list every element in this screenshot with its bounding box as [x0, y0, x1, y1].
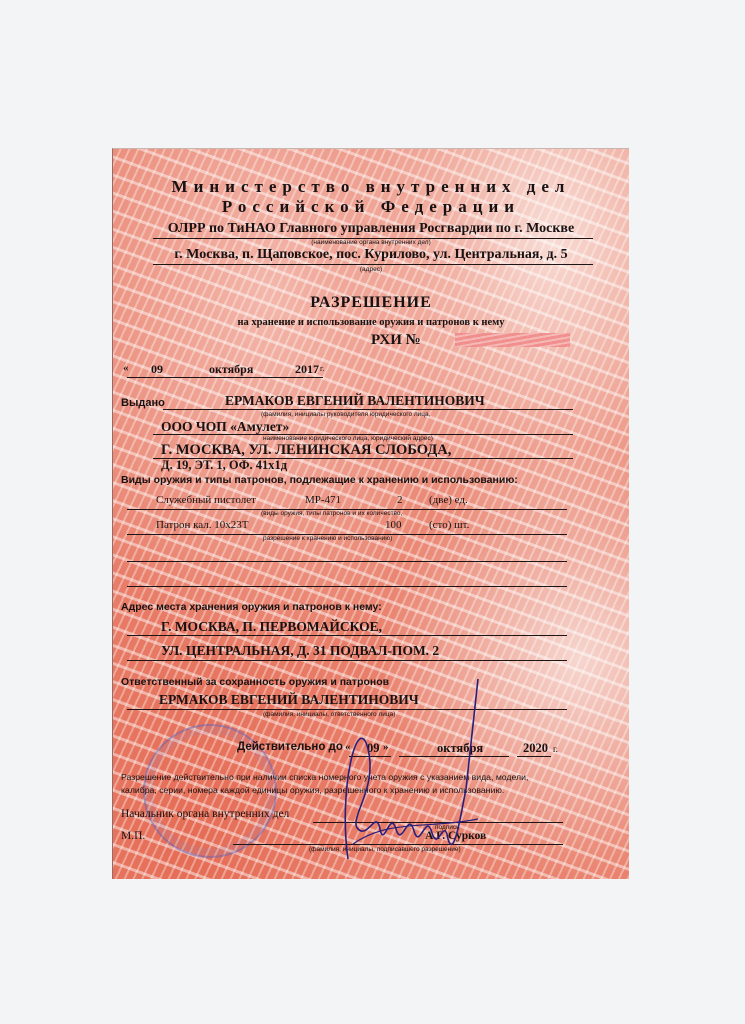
- permit-document: Министерство внутренних дел Российской Ф…: [112, 148, 629, 879]
- issue-date-month: октября: [209, 362, 253, 377]
- document-subtitle: на хранение и использование оружия и пат…: [113, 317, 629, 328]
- weapon-qty: 100: [385, 519, 402, 531]
- holder-name: ЕРМАКОВ ЕВГЕНИЙ ВАЛЕНТИНОВИЧ: [225, 393, 485, 409]
- stamp-label: М.П.: [121, 830, 145, 842]
- document-title: РАЗРЕШЕНИЕ: [113, 294, 629, 312]
- divider: [127, 377, 323, 378]
- divider: [163, 409, 573, 410]
- weapons-caption-1: (виды оружия, типы патронов и их количес…: [261, 510, 402, 517]
- issuing-body-caption: (наименование органа внутренних дел): [113, 239, 629, 246]
- weapon-qty: 2: [397, 494, 403, 506]
- storage-address-line-2: УЛ. ЦЕНТРАЛЬНАЯ, Д. 31 ПОДВАЛ-ПОМ. 2: [161, 643, 439, 659]
- issued-to-label: Выдано: [121, 397, 165, 409]
- issue-date-year: 2017: [295, 362, 319, 377]
- holder-caption: (фамилия, инициалы руководителя юридичес…: [261, 411, 430, 418]
- divider: [517, 756, 551, 757]
- signature-scribble: [328, 669, 488, 869]
- issuing-body: ОЛРР по ТиНАО Главного управления Росгва…: [113, 221, 629, 237]
- divider: [127, 586, 567, 587]
- valid-date-year: 2020: [523, 741, 548, 756]
- weapon-qty-words: (две) ед.: [429, 494, 468, 506]
- weapon-qty-words: (сто) шт.: [429, 519, 469, 531]
- weapons-label: Виды оружия и типы патронов, подлежащие …: [121, 474, 518, 486]
- weapon-type: Патрон кал. 10х23Т: [156, 519, 249, 531]
- series-label: РХИ №: [371, 332, 421, 349]
- valid-date-year-suffix: г.: [553, 744, 558, 754]
- weapon-model: МР-471: [305, 494, 341, 506]
- issue-date-year-suffix: г.: [320, 364, 324, 373]
- issuing-address: г. Москва, п. Щаповское, пос. Курилово, …: [113, 247, 629, 263]
- weapons-caption-2: разрешение к хранению и использованию): [263, 535, 392, 542]
- redacted-number: [455, 333, 570, 347]
- ministry-line-1: Министерство внутренних дел: [113, 177, 629, 197]
- divider: [127, 635, 567, 636]
- weapon-type: Служебный пистолет: [156, 494, 256, 506]
- valid-until-label: Действительно до: [237, 741, 343, 753]
- divider: [127, 660, 567, 661]
- issue-date-day: 09: [151, 362, 163, 377]
- company-address-line-2: Д. 19, ЭТ. 1, ОФ. 41х1д: [161, 458, 287, 473]
- company-address-line-1: Г. МОСКВА, УЛ. ЛЕНИНСКАЯ СЛОБОДА,: [161, 442, 451, 459]
- company-name: ООО ЧОП «Амулет»: [161, 419, 289, 435]
- storage-label: Адрес места хранения оружия и патронов к…: [121, 601, 382, 613]
- ministry-line-2: Российской Федерации: [113, 197, 629, 217]
- company-caption: наименование юридического лица, юридичес…: [263, 435, 433, 442]
- issuing-address-caption: (адрес): [113, 266, 629, 273]
- divider: [127, 561, 567, 562]
- storage-address-line-1: Г. МОСКВА, П. ПЕРВОМАЙСКОЕ,: [161, 619, 382, 635]
- divider: [153, 264, 593, 265]
- chief-label: Начальник органа внутренних дел: [121, 808, 289, 820]
- issue-date-open-quote: «: [123, 362, 129, 374]
